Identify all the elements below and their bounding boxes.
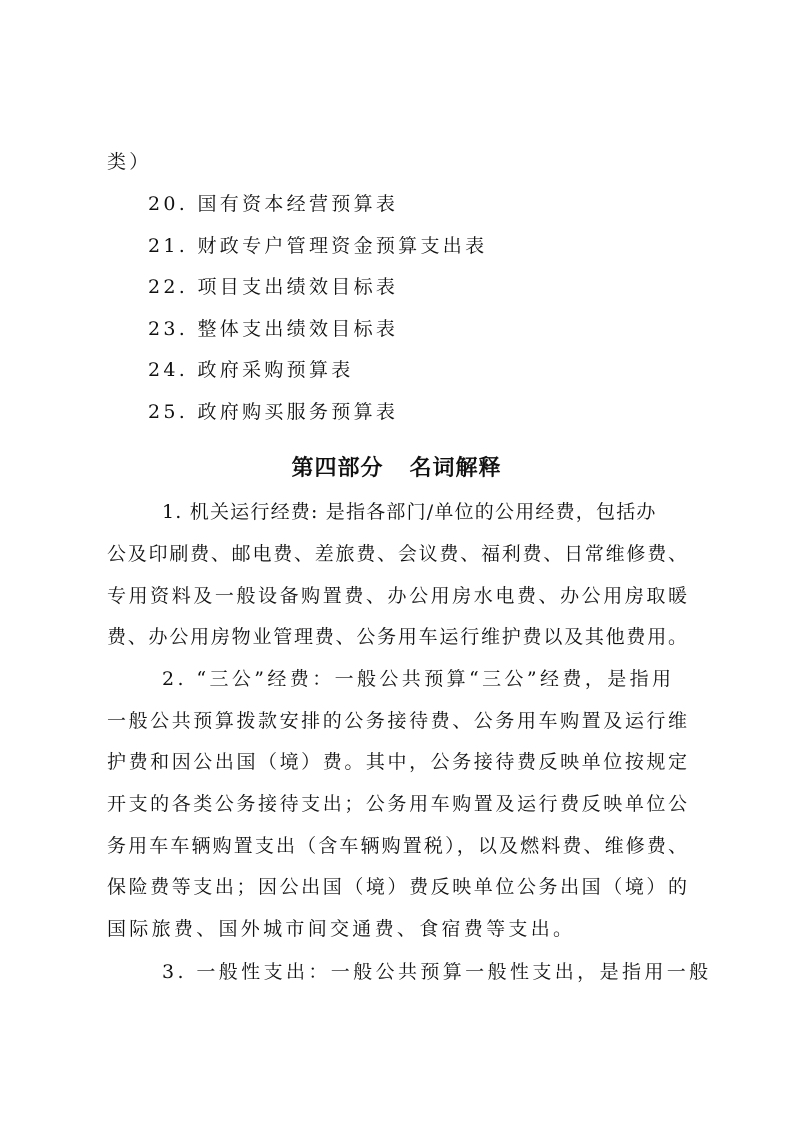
definition-line: 护费和因公出国（境）费。其中，公务接待费反映单位按规定 (107, 750, 687, 774)
list-item-number: 23. (148, 318, 188, 340)
list-item-number: 22. (148, 276, 188, 298)
list-item-text: 政府购买服务预算表 (197, 401, 398, 423)
list-item: 23. 整体支出绩效目标表 (148, 317, 728, 341)
definition-line: 一般公共预算拨款安排的公务接待费、公务用车购置及运行维 (107, 709, 687, 733)
list-item-text: 整体支出绩效目标表 (197, 318, 398, 340)
list-item-text: 国有资本经营预算表 (197, 193, 398, 215)
definition-line: 专用资料及一般设备购置费、办公用房水电费、办公用房取暖 (107, 584, 687, 608)
list-item: 25. 政府购买服务预算表 (148, 400, 728, 424)
list-item: 20. 国有资本经营预算表 (148, 192, 728, 216)
list-item-text: 财政专户管理资金预算支出表 (197, 235, 487, 257)
document-page: 类） 20. 国有资本经营预算表 21. 财政专户管理资金预算支出表 22. 项… (0, 0, 793, 1122)
list-item: 21. 财政专户管理资金预算支出表 (148, 234, 728, 258)
definition-line: 费、办公用房物业管理费、公务用车运行维护费以及其他费用。 (107, 625, 687, 649)
section-heading-part: 第四部分 (291, 456, 383, 481)
section-heading: 第四部分名词解释 (0, 455, 793, 483)
list-item-number: 24. (148, 359, 188, 381)
list-item-text: 政府采购预算表 (197, 359, 353, 381)
list-item-text: 项目支出绩效目标表 (197, 276, 398, 298)
list-item-number: 21. (148, 235, 188, 257)
list-item-number: 25. (148, 401, 188, 423)
definition-line: 1. 机关运行经费: 是指各部门/单位的公用经费，包括办 (162, 500, 687, 524)
definition-line: 国际旅费、国外城市间交通费、食宿费等支出。 (107, 917, 687, 941)
list-item: 22. 项目支出绩效目标表 (148, 275, 728, 299)
definition-line: 2. “三公”经费：一般公共预算“三公”经费，是指用 (162, 667, 687, 691)
section-heading-title: 名词解释 (410, 456, 502, 481)
list-item: 24. 政府采购预算表 (148, 358, 728, 382)
definition-line: 保险费等支出；因公出国（境）费反映单位公务出国（境）的 (107, 875, 687, 899)
continuation-text: 类） (107, 150, 687, 174)
definition-line: 开支的各类公务接待支出；公务用车购置及运行费反映单位公 (107, 792, 687, 816)
definition-line: 3. 一般性支出：一般公共预算一般性支出，是指用一般 (162, 960, 687, 984)
list-item-number: 20. (148, 193, 188, 215)
definition-line: 务用车车辆购置支出（含车辆购置税），以及燃料费、维修费、 (107, 834, 687, 858)
definition-line: 公及印刷费、邮电费、差旅费、会议费、福利费、日常维修费、 (107, 542, 687, 566)
